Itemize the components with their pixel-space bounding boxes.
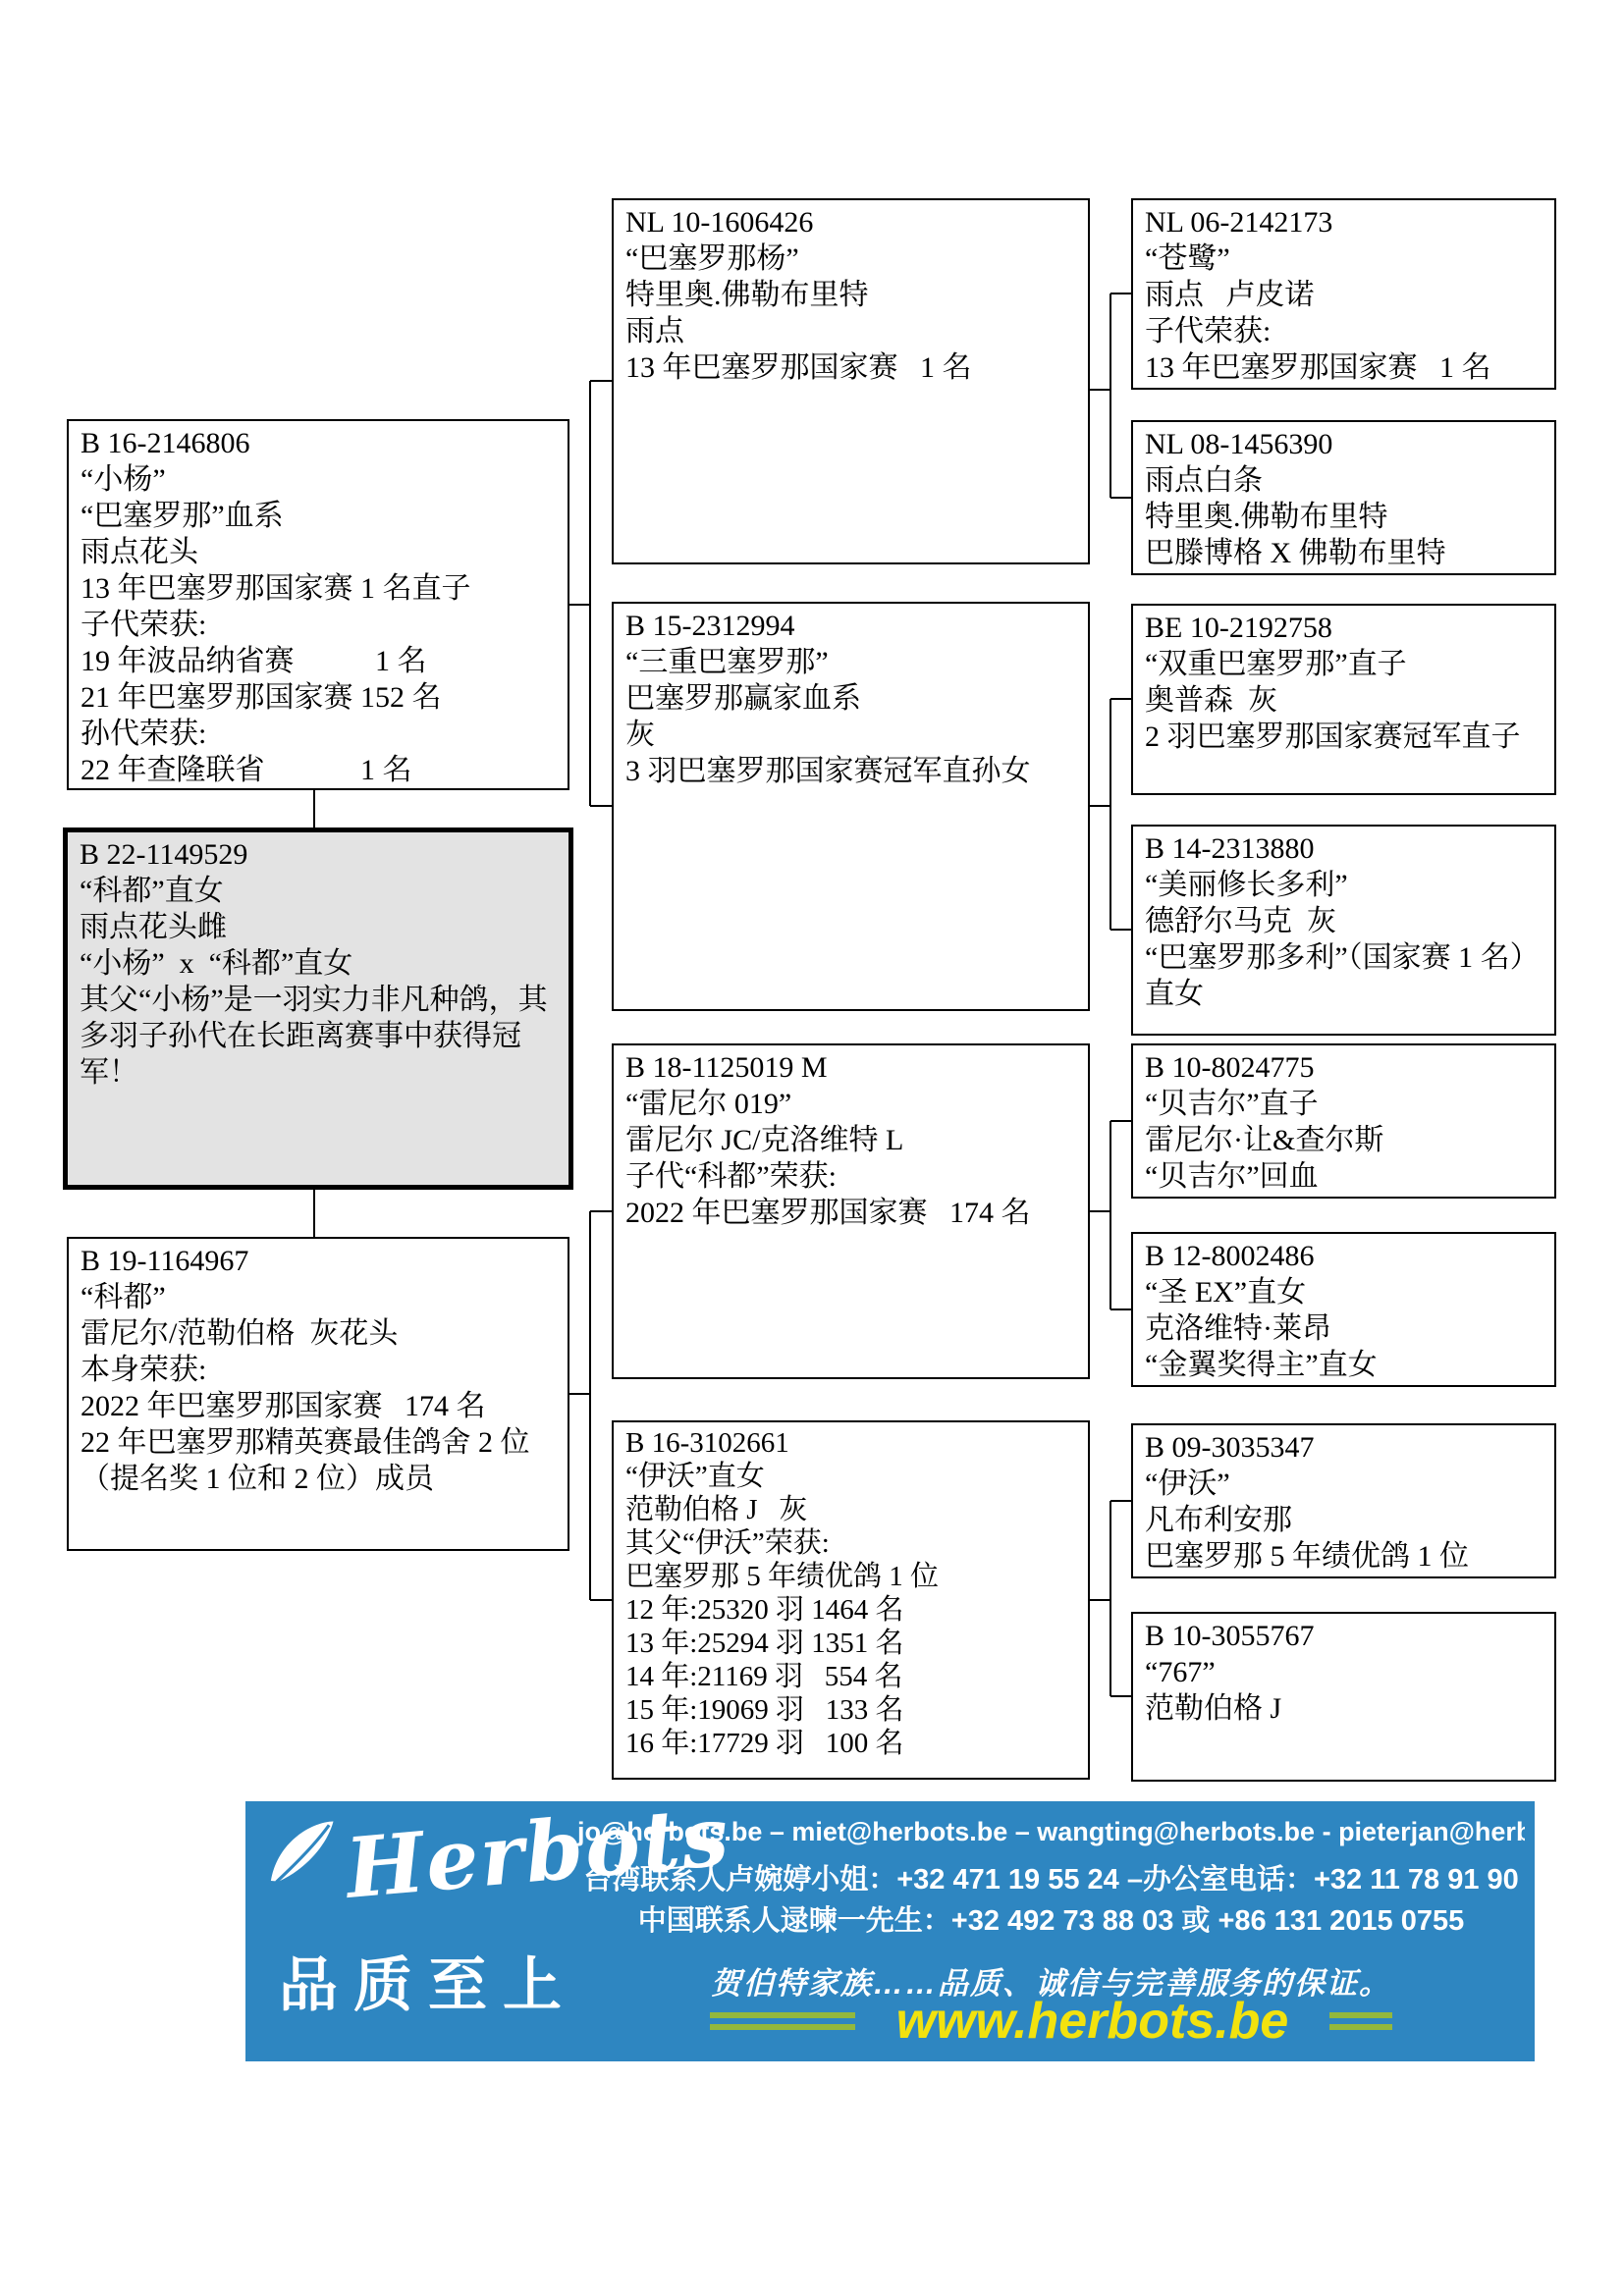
- pigeon-details: “美丽修长多利” 德舒尔马克 灰 “巴塞罗那多利”（国家赛 1 名）直女: [1145, 867, 1544, 1012]
- pedigree-box-dam-sire-sire: B 10-8024775 “贝吉尔”直子 雷尼尔·让&查尔斯 “贝吉尔”回血: [1131, 1043, 1556, 1199]
- pedigree-page: NL 10-1606426 “巴塞罗那杨” 特里奥.佛勒布里特 雨点 13 年巴…: [0, 0, 1624, 2296]
- ring-number: B 14-2313880: [1145, 830, 1544, 867]
- pigeon-details: “巴塞罗那杨” 特里奥.佛勒布里特 雨点 13 年巴塞罗那国家赛 1 名: [625, 240, 1078, 386]
- green-stripe-right: [1329, 2012, 1392, 2030]
- ring-number: B 18-1125019 M: [625, 1049, 1078, 1086]
- pedigree-box-dam-dam: B 16-3102661 “伊沃”直女 范勒伯格 J 灰 其父“伊沃”荣获: 巴…: [612, 1420, 1090, 1780]
- ring-number: NL 10-1606426: [625, 204, 1078, 240]
- pedigree-box-dam-dam-dam: B 10-3055767 “767” 范勒伯格 J: [1131, 1612, 1556, 1782]
- ring-number: B 12-8002486: [1145, 1238, 1544, 1274]
- pedigree-box-sire-dam: B 15-2312994 “三重巴塞罗那” 巴塞罗那赢家血系 灰 3 羽巴塞罗那…: [612, 602, 1090, 1011]
- ring-number: NL 08-1456390: [1145, 426, 1544, 462]
- banner-email-line: jo@herbots.be – miet@herbots.be – wangti…: [577, 1817, 1525, 1847]
- pedigree-box-dam-sire-dam: B 12-8002486 “圣 EX”直女 克洛维特·莱昂 “金翼奖得主”直女: [1131, 1232, 1556, 1387]
- pedigree-box-dam: B 19-1164967 “科都” 雷尼尔/范勒伯格 灰花头 本身荣获: 202…: [67, 1237, 569, 1551]
- pigeon-details: 雨点白条 特里奥.佛勒布里特 巴滕博格 X 佛勒布里特: [1145, 462, 1544, 571]
- pedigree-box-sire-sire: NL 10-1606426 “巴塞罗那杨” 特里奥.佛勒布里特 雨点 13 年巴…: [612, 198, 1090, 564]
- green-stripe-left: [710, 2012, 855, 2030]
- feather-icon: [255, 1816, 349, 1890]
- pigeon-details: “科都” 雷尼尔/范勒伯格 灰花头 本身荣获: 2022 年巴塞罗那国家赛 17…: [81, 1279, 558, 1497]
- ring-number: NL 06-2142173: [1145, 204, 1544, 240]
- ring-number: B 09-3035347: [1145, 1429, 1544, 1466]
- pedigree-box-sire: B 16-2146806 “小杨” “巴塞罗那”血系 雨点花头 13 年巴塞罗那…: [67, 419, 569, 790]
- banner-taiwan-contact: 台湾联系人卢婉婷小姐：+32 471 19 55 24 –办公室电话：+32 1…: [577, 1857, 1525, 1897]
- pigeon-details: “圣 EX”直女 克洛维特·莱昂 “金翼奖得主”直女: [1145, 1274, 1544, 1383]
- ring-number: B 15-2312994: [625, 608, 1078, 644]
- pedigree-box-sire-sire-sire: NL 06-2142173 “苍鹭” 雨点 卢皮诺 子代荣获: 13 年巴塞罗那…: [1131, 198, 1556, 390]
- ring-number: B 10-8024775: [1145, 1049, 1544, 1086]
- pigeon-details: “雷尼尔 019” 雷尼尔 JC/克洛维特 L 子代“科都”荣获: 2022 年…: [625, 1086, 1078, 1231]
- ring-number: B 16-3102661: [625, 1426, 1078, 1460]
- pedigree-box-sire-sire-dam: NL 08-1456390 雨点白条 特里奥.佛勒布里特 巴滕博格 X 佛勒布里…: [1131, 420, 1556, 575]
- pigeon-details: “三重巴塞罗那” 巴塞罗那赢家血系 灰 3 羽巴塞罗那国家赛冠军直孙女: [625, 644, 1078, 789]
- pigeon-details: “科都”直女 雨点花头雌 “小杨” x “科都”直女 其父“小杨”是一羽实力非凡…: [80, 873, 559, 1091]
- pedigree-box-dam-sire: B 18-1125019 M “雷尼尔 019” 雷尼尔 JC/克洛维特 L 子…: [612, 1043, 1090, 1379]
- banner-china-contact: 中国联系人逯暕一先生：+32 492 73 88 03 或 +86 131 20…: [577, 1898, 1525, 1939]
- ring-number: B 10-3055767: [1145, 1618, 1544, 1654]
- pigeon-details: “双重巴塞罗那”直子 奥普森 灰 2 羽巴塞罗那国家赛冠军直子: [1145, 646, 1544, 755]
- herbots-banner: Herbots 品质至上 jo@herbots.be – miet@herbot…: [245, 1801, 1535, 2061]
- pigeon-details: “小杨” “巴塞罗那”血系 雨点花头 13 年巴塞罗那国家赛 1 名直子 子代荣…: [81, 461, 558, 788]
- pigeon-details: “苍鹭” 雨点 卢皮诺 子代荣获: 13 年巴塞罗那国家赛 1 名: [1145, 240, 1544, 386]
- pigeon-details: “伊沃”直女 范勒伯格 J 灰 其父“伊沃”荣获: 巴塞罗那 5 年绩优鸽 1 …: [625, 1460, 1078, 1760]
- ring-number: BE 10-2192758: [1145, 610, 1544, 646]
- pigeon-details: “贝吉尔”直子 雷尼尔·让&查尔斯 “贝吉尔”回血: [1145, 1086, 1544, 1195]
- ring-number: B 16-2146806: [81, 425, 558, 461]
- pedigree-box-sire-dam-sire: BE 10-2192758 “双重巴塞罗那”直子 奥普森 灰 2 羽巴塞罗那国家…: [1131, 604, 1556, 795]
- website-url: www.herbots.be: [896, 1996, 1289, 2047]
- pedigree-box-dam-dam-sire: B 09-3035347 “伊沃” 凡布利安那 巴塞罗那 5 年绩优鸽 1 位: [1131, 1423, 1556, 1578]
- pedigree-box-subject: B 22-1149529 “科都”直女 雨点花头雌 “小杨” x “科都”直女 …: [63, 828, 573, 1190]
- pedigree-box-sire-dam-dam: B 14-2313880 “美丽修长多利” 德舒尔马克 灰 “巴塞罗那多利”（国…: [1131, 825, 1556, 1036]
- ring-number: B 22-1149529: [80, 836, 559, 873]
- ring-number: B 19-1164967: [81, 1243, 558, 1279]
- herbots-logo-tagline: 品质至上: [279, 1939, 577, 2023]
- pigeon-details: “767” 范勒伯格 J: [1145, 1654, 1544, 1727]
- website-row: www.herbots.be: [577, 1996, 1525, 2047]
- pigeon-details: “伊沃” 凡布利安那 巴塞罗那 5 年绩优鸽 1 位: [1145, 1466, 1544, 1575]
